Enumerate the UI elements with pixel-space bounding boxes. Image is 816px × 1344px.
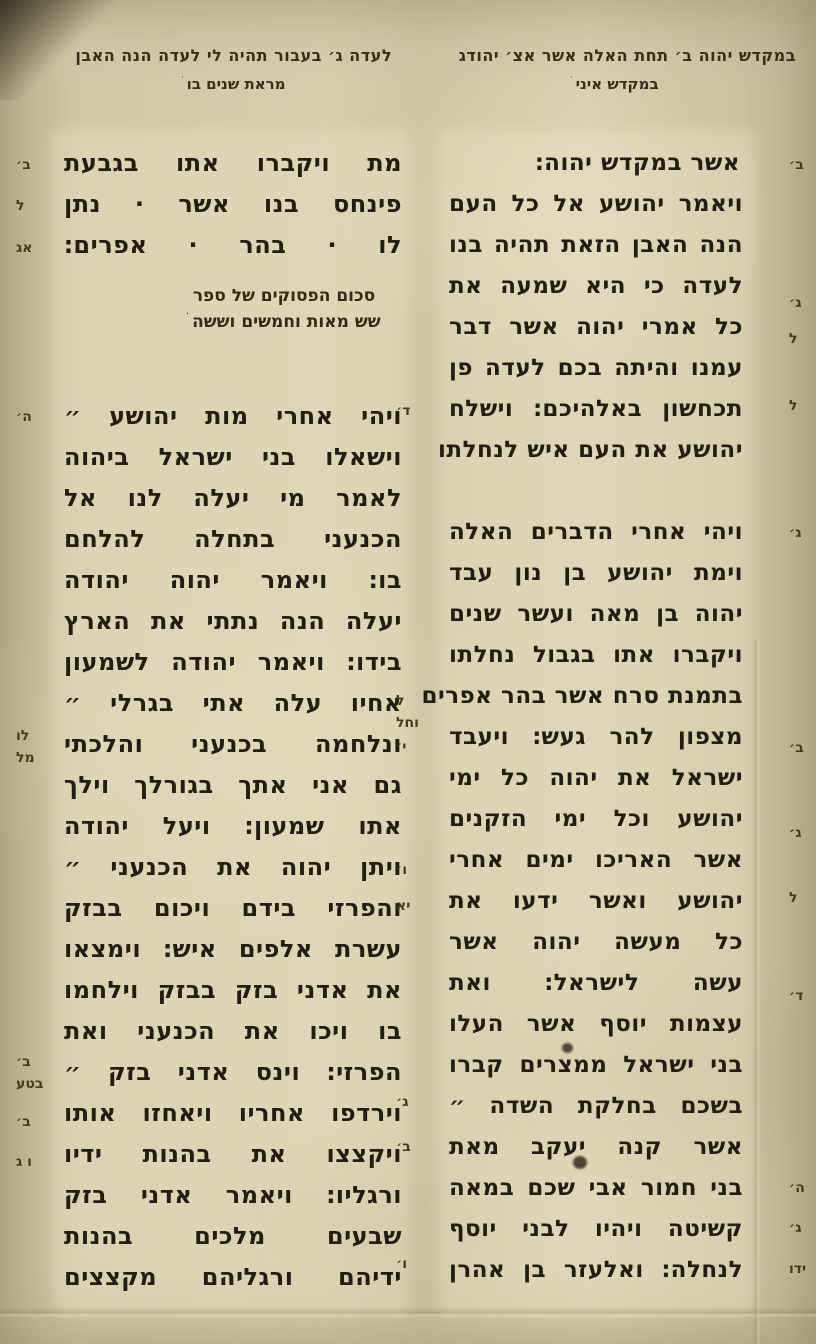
text-column-joshua: אשר במקדש יהוה׃ויאמר יהושע אל כל העםהנה … xyxy=(449,146,743,1306)
masorah-magna-line: במקדש איני ׄ xyxy=(434,73,796,95)
masorah-magna-line: לעדה ג׳ בעבור תהיה לי לעדה הנה האבן xyxy=(76,44,392,68)
text-line: מת ויקברו אתו בגבעת xyxy=(64,146,402,187)
text-line: אחיו עלה אתי בגרלי ״ xyxy=(64,686,402,727)
text-line: תכחשון באלהיכם׃ וישלח xyxy=(449,392,743,433)
text-line: בני ישראל ממצרים קברו xyxy=(449,1048,743,1089)
text-line: עצמות יוסף אשר העלו xyxy=(449,1007,743,1048)
text-line: ויתן יהוה את הכנעני ״ xyxy=(64,850,402,891)
text-line: עשרת אלפים איש׃ וימצאו xyxy=(64,932,402,973)
masorah-parva-note-left-outer: מל xyxy=(16,751,35,766)
text-line: אשר במקדש יהוה׃ xyxy=(581,146,740,187)
masorah-parva-note-left-outer: לו xyxy=(16,729,29,744)
text-line: את אדני בזק בבזק וילחמו xyxy=(64,973,402,1014)
text-line: שבעים מלכים בהנות xyxy=(64,1219,402,1260)
masorah-parva-note-inter-column: ו׳ xyxy=(396,863,407,878)
text-line: בו ויכו את הכנעני ואת xyxy=(64,1014,402,1055)
text-line: וירדפו אחריו ויאחזו אותו xyxy=(64,1096,402,1137)
masorah-parva-note-right-outer: ידו xyxy=(789,1262,806,1277)
text-line: מצפון להר געש׃ ויעבד xyxy=(449,720,743,761)
text-line: ישראל את יהוה כל ימי xyxy=(449,761,743,802)
masorah-parva-note-inter-column: יא xyxy=(396,899,410,914)
text-line: אשר האריכו ימים אחרי xyxy=(449,843,743,884)
masorah-parva-note-right-outer: ה׳ xyxy=(789,1181,805,1196)
text-line: בו׃ ויאמר יהוה יהודה xyxy=(64,563,402,604)
masorah-parva-note-inter-column: ד׳ xyxy=(396,404,410,419)
masorah-parva-note-inter-column: ו׳ xyxy=(396,1257,407,1272)
text-line: ידיהם ורגליהם מקצצים xyxy=(64,1260,402,1301)
text-line: ורגליו׃ ויאמר אדני בזק xyxy=(64,1178,402,1219)
masorah-parva-note-inter-column: ג׳ xyxy=(396,1095,408,1110)
masorah-parva-note-right-outer: ל xyxy=(789,891,797,906)
text-line: קשיטה ויהיו לבני יוסף xyxy=(449,1212,743,1253)
text-line: בידו׃ ויאמר יהודה לשמעון xyxy=(64,645,402,686)
masorah-parva-note-right-outer: ל xyxy=(789,399,797,414)
text-line: ויהי אחרי הדברים האלה xyxy=(449,515,743,556)
text-line: הפרזי׃ וינס אדני בזק ״ xyxy=(64,1055,402,1096)
text-line: ויהי אחרי מות יהושע ״ xyxy=(64,399,402,440)
masorah-parva-note-right-outer: ג׳ xyxy=(789,1221,801,1236)
masorah-parva-note-left-outer: ו ג xyxy=(16,1155,32,1170)
masorah-parva-note-left-outer: ב׳ xyxy=(16,1115,31,1130)
masorah-parva-note-right-outer: ב׳ xyxy=(789,158,804,173)
text-line: אתו שמעון׃ ויעל יהודה xyxy=(64,809,402,850)
horizontal-crease xyxy=(0,1308,816,1318)
text-line: לו · בהר · אפרים׃ xyxy=(64,228,402,269)
masorah-parva-note-left-outer: ב׳ xyxy=(16,158,31,173)
masorah-parva-note-left-outer: ב׳ xyxy=(16,1055,31,1070)
masorah-parva-note-left-outer: ה׳ xyxy=(16,410,32,425)
text-line: וישאלו בני ישראל ביהוה xyxy=(64,440,402,481)
text-line: יעלה הנה נתתי את הארץ xyxy=(64,604,402,645)
masorah-parva-note-right-outer: ג׳ xyxy=(789,826,801,841)
text-line: בני חמור אבי שכם במאה xyxy=(449,1171,743,1212)
masorah-parva-note-right-outer: ג׳ xyxy=(789,526,801,541)
vertical-crease xyxy=(752,640,760,1344)
manuscript-page: במקדש יהוה ב׳ תחת האלה אשר אצ׳ יהודג במק… xyxy=(0,0,816,1344)
text-line: לאמר מי יעלה לנו אל xyxy=(64,481,402,522)
text-line: עמנו והיתה בכם לעדה פן xyxy=(449,351,743,392)
text-line: ונלחמה בכנעני והלכתי xyxy=(64,727,402,768)
text-line: יהושע ואשר ידעו את xyxy=(449,884,743,925)
masorah-parva-note-right-outer: ב׳ xyxy=(789,741,804,756)
colophon-line: סכום הפסוקים של ספר xyxy=(184,283,384,309)
colophon-line: שש מאות וחמשים וששה ׄ xyxy=(184,309,384,335)
masorah-parva-note-right-outer: ל xyxy=(789,332,797,347)
masorah-parva-note-inter-column: י׳ xyxy=(396,740,406,755)
text-column-judges: סכום הפסוקים של ספר שש מאות וחמשים וששה … xyxy=(64,146,402,1306)
masorah-parva-note-inter-column: ב׳ xyxy=(396,1140,411,1155)
text-line: הנה האבן הזאת תהיה בנו xyxy=(449,228,743,269)
masorah-parva-note-left-outer: בטע xyxy=(16,1077,43,1092)
text-line: כל מעשה יהוה אשר xyxy=(449,925,743,966)
text-line: יהושע את העם איש לנחלתו xyxy=(449,433,743,474)
text-line: והפרזי בידם ויכום בבזק xyxy=(64,891,402,932)
text-line: הכנעני בתחלה להלחם xyxy=(64,522,402,563)
masorah-magna-line: במקדש יהוה ב׳ תחת האלה אשר אצ׳ יהודג xyxy=(434,44,796,68)
masorah-magna-left: לעדה ג׳ בעבור תהיה לי לעדה הנה האבן מראת… xyxy=(76,44,392,95)
text-line: לנחלה׃ ואלעזר בן אהרן xyxy=(449,1253,743,1294)
text-line: ויאמר יהושע אל כל העם xyxy=(449,187,743,228)
text-line: ויקברו אתו בגבול נחלתו xyxy=(449,638,743,679)
text-line: כל אמרי יהוה אשר דבר xyxy=(449,310,743,351)
text-line: פינחס בנו אשר · נתן xyxy=(64,187,402,228)
masorah-parva-note-left-outer: אג xyxy=(16,241,32,256)
text-line: עשה לישראל׃ ואת xyxy=(449,966,743,1007)
text-line: בשכם בחלקת השדה ״ xyxy=(449,1089,743,1130)
text-line: אשר קנה יעקב מאת xyxy=(449,1130,743,1171)
text-line: וימת יהושע בן נון עבד xyxy=(449,556,743,597)
text-line: ויקצצו את בהנות ידיו xyxy=(64,1137,402,1178)
text-line: בתמנת סרח אשר בהר אפרים xyxy=(449,679,743,720)
masorah-parva-note-inter-column: וחל xyxy=(396,716,419,731)
masorah-parva-note-left-outer: ל xyxy=(16,199,24,214)
text-line: גם אני אתך בגורלך וילך xyxy=(64,768,402,809)
masorah-parva-note-inter-column: ל xyxy=(396,694,404,709)
masorah-magna-right: במקדש יהוה ב׳ תחת האלה אשר אצ׳ יהודג במק… xyxy=(434,44,796,95)
masorah-magna-line: מראת שנים בו ׄ xyxy=(76,73,392,95)
verse-count-colophon: סכום הפסוקים של ספר שש מאות וחמשים וששה … xyxy=(184,283,384,335)
text-line: לעדה כי היא שמעה את xyxy=(449,269,743,310)
masorah-parva-note-right-outer: ד׳ xyxy=(789,989,803,1004)
text-line: יהושע וכל ימי הזקנים xyxy=(449,802,743,843)
masorah-parva-note-right-outer: ג׳ xyxy=(789,296,801,311)
text-line: יהוה בן מאה ועשר שנים xyxy=(449,597,743,638)
